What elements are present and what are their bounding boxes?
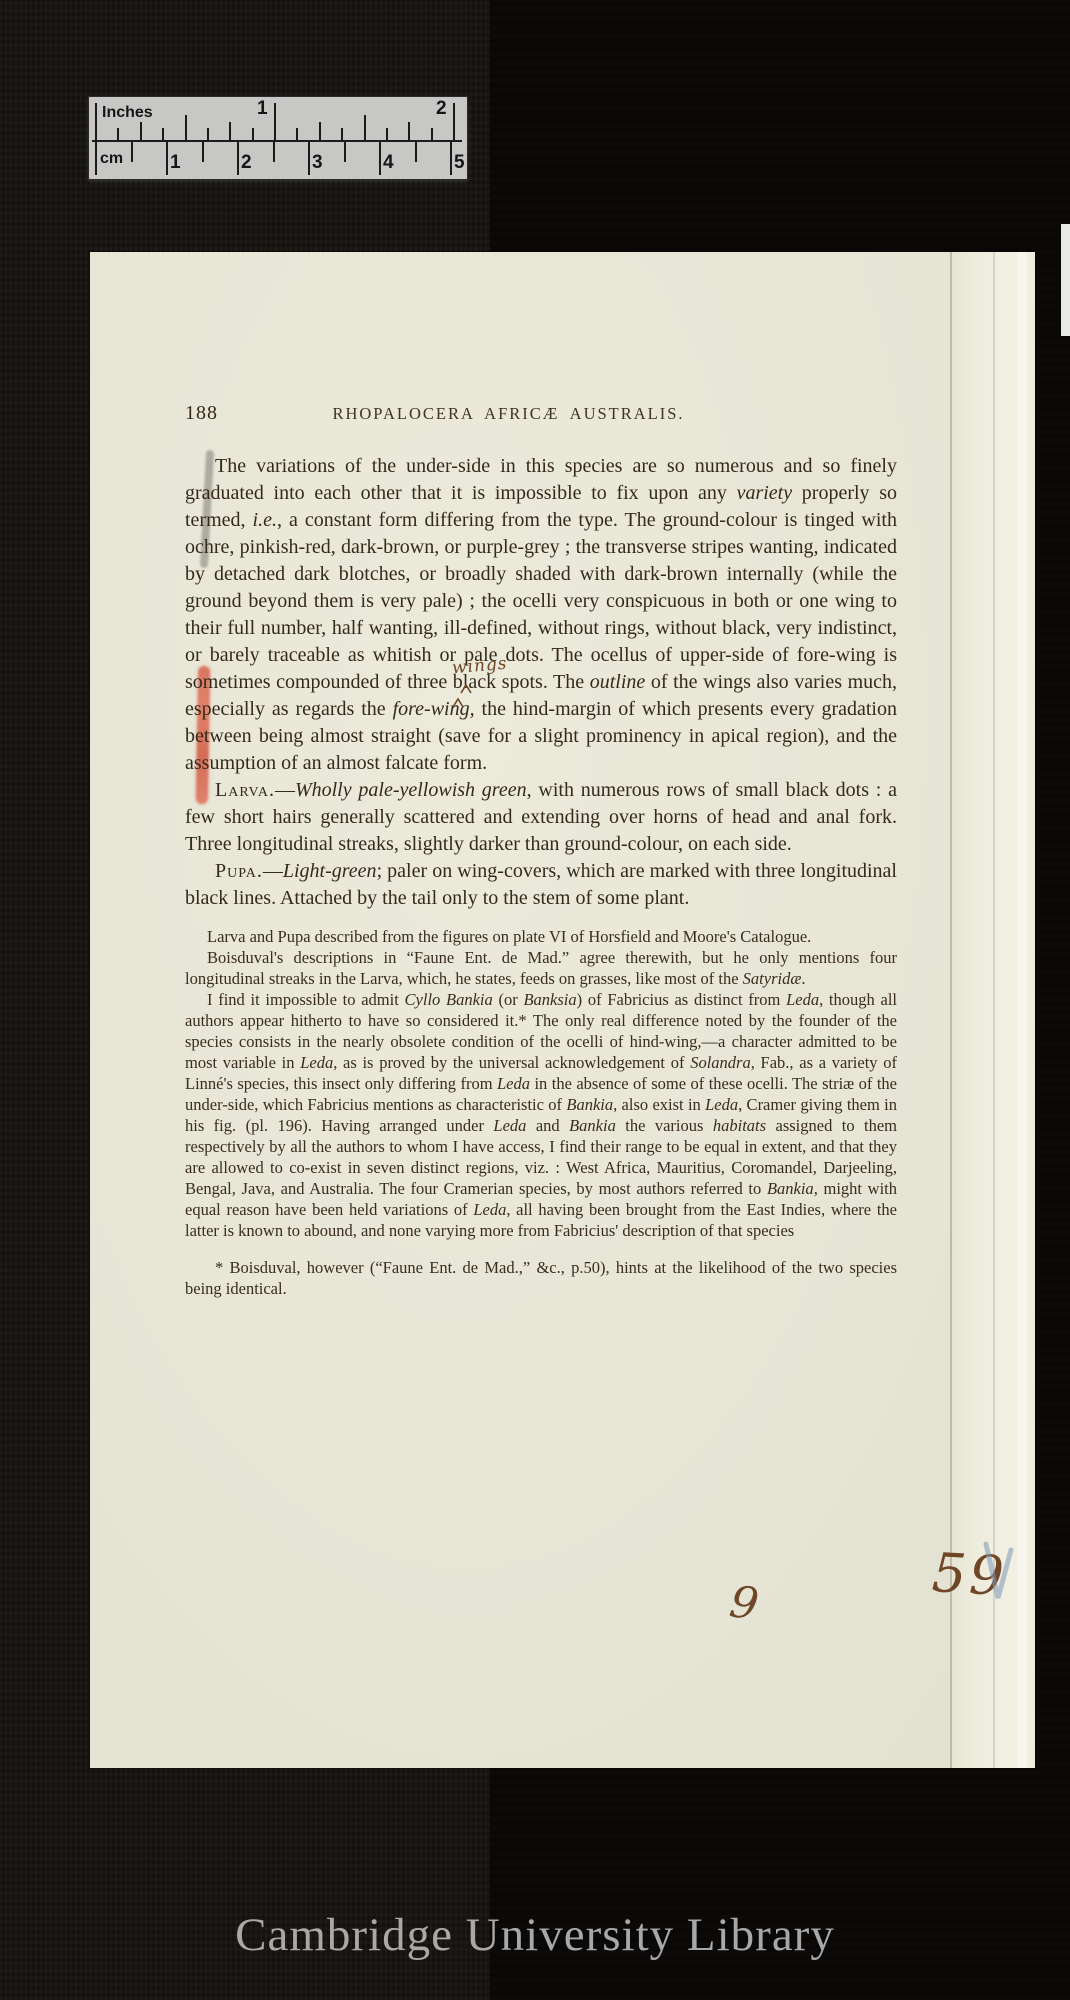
ruler-inches-label: Inches xyxy=(102,104,153,122)
paragraph-note-bankia: I find it impossible to admit Cyllo Bank… xyxy=(185,989,897,1241)
text-column: 188 RHOPALOCERA AFRICÆ AUSTRALIS. The va… xyxy=(185,402,897,1299)
ruler-inch-number: 1 xyxy=(257,98,268,120)
insertion-caret-icon xyxy=(460,684,472,694)
footnote: * Boisduval, however (“Faune Ent. de Mad… xyxy=(185,1257,897,1299)
page-edge-highlight xyxy=(1017,252,1027,1768)
ruler-cm-number: 1 xyxy=(170,152,181,174)
page-crease xyxy=(950,252,952,1768)
handwritten-page-correction: 9 xyxy=(727,1580,762,1628)
ruler-cm-number: 3 xyxy=(312,152,323,174)
paragraph-note-boisduval: Boisduval's descriptions in “Faune Ent. … xyxy=(185,947,897,989)
paragraph-variations: The variations of the under-side in this… xyxy=(185,453,897,777)
ruler-cm-number: 5 xyxy=(454,152,465,174)
ruler-inch-number: 2 xyxy=(436,98,447,120)
ruler-centerline xyxy=(92,140,462,142)
running-title: RHOPALOCERA AFRICÆ AUSTRALIS. xyxy=(280,404,737,424)
paragraph-note-catalogue: Larva and Pupa described from the figure… xyxy=(185,926,897,947)
paragraph-larva: Larva.—Wholly pale-yellowish green, with… xyxy=(185,777,897,858)
ruler-cm-label: cm xyxy=(100,150,123,168)
ruler-cm-number: 4 xyxy=(383,152,394,174)
running-header: 188 RHOPALOCERA AFRICÆ AUSTRALIS. xyxy=(185,402,897,428)
blue-pencil-mark xyxy=(983,1540,1017,1604)
page-number: 188 xyxy=(185,402,280,425)
book-page: 188 RHOPALOCERA AFRICÆ AUSTRALIS. The va… xyxy=(90,252,1035,1768)
ruler-cm-number: 2 xyxy=(241,152,252,174)
insertion-caret-icon xyxy=(452,698,464,708)
photo-stage: Inches cm 1212345 188 RHOPALOCERA AFRICÆ… xyxy=(0,0,1070,2000)
library-watermark: Cambridge University Library xyxy=(0,1908,1070,1962)
ruler: Inches cm 1212345 xyxy=(88,96,468,180)
page-edge-sliver xyxy=(1061,224,1070,336)
paragraph-pupa: Pupa.—Light-green; paler on wing-covers,… xyxy=(185,858,897,912)
